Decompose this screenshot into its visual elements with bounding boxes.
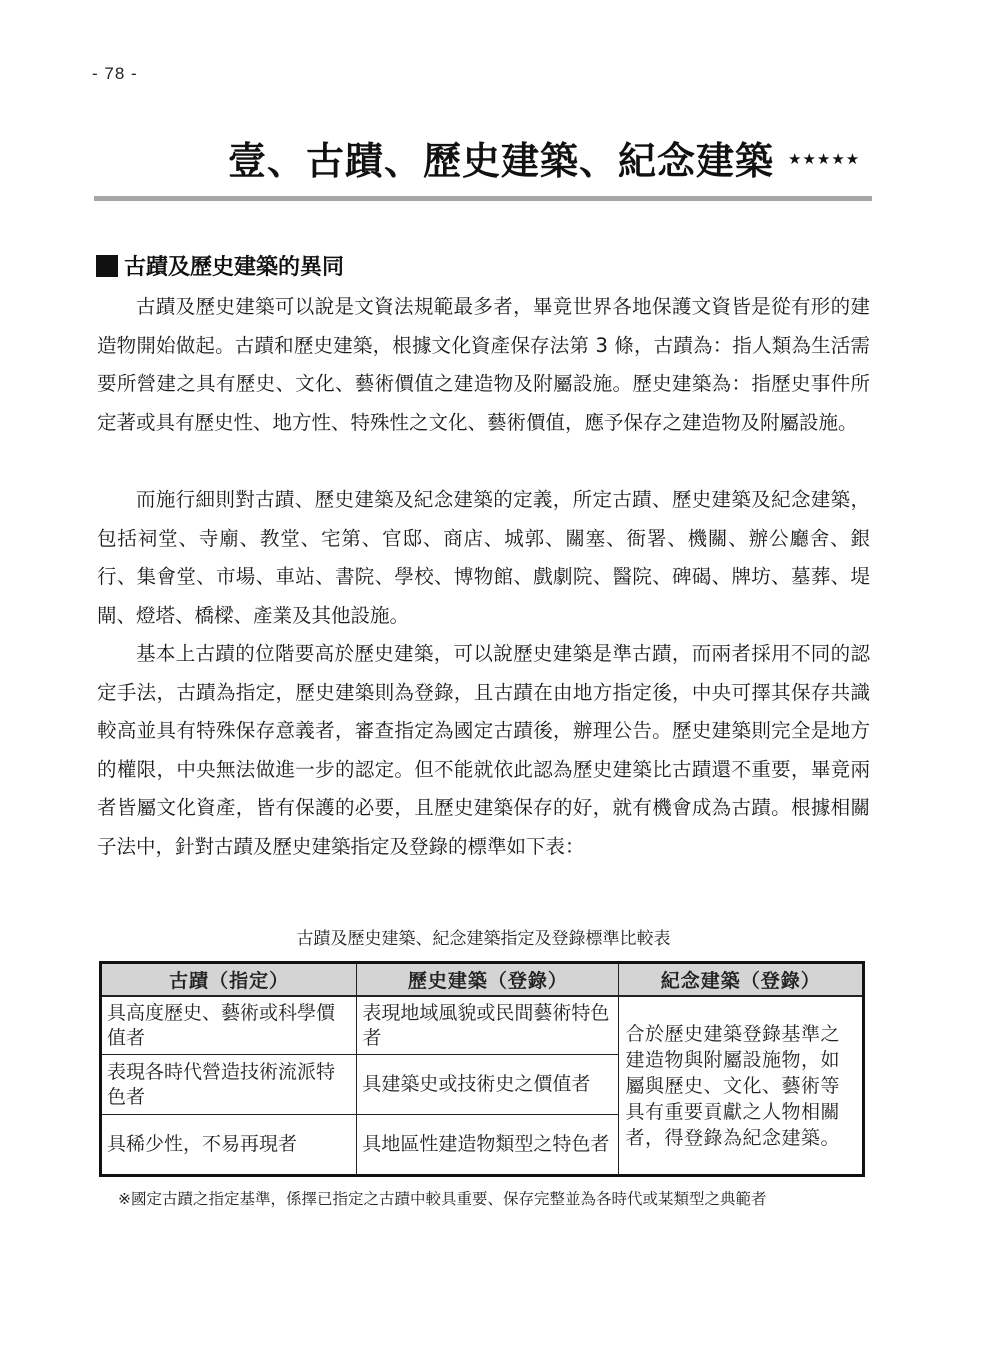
table-cell: 具建築史或技術史之價值者 [357, 1055, 619, 1115]
body-paragraph-1: 古蹟及歷史建築可以說是文資法規範最多者，畢竟世界各地保護文資皆是從有形的建造物開… [97, 288, 870, 442]
body-paragraph-2: 而施行細則對古蹟、歷史建築及紀念建築的定義，所定古蹟、歷史建築及紀念建築，包括祠… [97, 481, 870, 635]
title-divider [94, 196, 872, 201]
comparison-table: 古蹟（指定） 歷史建築（登錄） 紀念建築（登錄） 具高度歷史、藝術或科學價值者 … [99, 961, 865, 1177]
table-cell: 表現地域風貌或民間藝術特色者 [357, 996, 619, 1055]
paragraph-text: 而施行細則對古蹟、歷史建築及紀念建築的定義，所定古蹟、歷史建築及紀念建築，包括祠… [97, 481, 870, 635]
section-heading-text: 古蹟及歷史建築的異同 [124, 250, 344, 281]
table-header-row: 古蹟（指定） 歷史建築（登錄） 紀念建築（登錄） [101, 963, 864, 997]
paragraph-text: 基本上古蹟的位階要高於歷史建築，可以說歷史建築是準古蹟，而兩者採用不同的認定手法… [97, 635, 870, 867]
paragraph-text: 古蹟及歷史建築可以說是文資法規範最多者，畢竟世界各地保護文資皆是從有形的建造物開… [97, 288, 870, 442]
table-cell: 具稀少性，不易再現者 [101, 1115, 357, 1176]
table-cell: 具高度歷史、藝術或科學價值者 [101, 996, 357, 1055]
table-cell: 具地區性建造物類型之特色者 [357, 1115, 619, 1176]
header-memorial-building: 紀念建築（登錄） [619, 963, 864, 997]
importance-stars-icon: ★★★★★ [788, 150, 860, 168]
header-monument: 古蹟（指定） [101, 963, 357, 997]
body-paragraph-3: 基本上古蹟的位階要高於歷史建築，可以說歷史建築是準古蹟，而兩者採用不同的認定手法… [97, 635, 870, 867]
table-cell: 表現各時代營造技術流派特色者 [101, 1055, 357, 1115]
table-cell-merged: 合於歷史建築登錄基準之建造物與附屬設施物，如屬與歷史、文化、藝術等具有重要貢獻之… [619, 996, 864, 1176]
header-historic-building: 歷史建築（登錄） [357, 963, 619, 997]
table-footnote: ※國定古蹟之指定基準，係擇已指定之古蹟中較具重要、保存完整並為各時代或某類型之典… [118, 1187, 767, 1209]
chapter-title: 壹、古蹟、歷史建築、紀念建築 [228, 130, 774, 185]
table-caption: 古蹟及歷史建築、紀念建築指定及登錄標準比較表 [0, 924, 967, 949]
page-number: - 78 - [92, 64, 138, 84]
table-row: 具高度歷史、藝術或科學價值者 表現地域風貌或民間藝術特色者 合於歷史建築登錄基準… [101, 996, 864, 1055]
section-heading: 古蹟及歷史建築的異同 [96, 250, 344, 281]
black-square-bullet-icon [96, 255, 118, 277]
